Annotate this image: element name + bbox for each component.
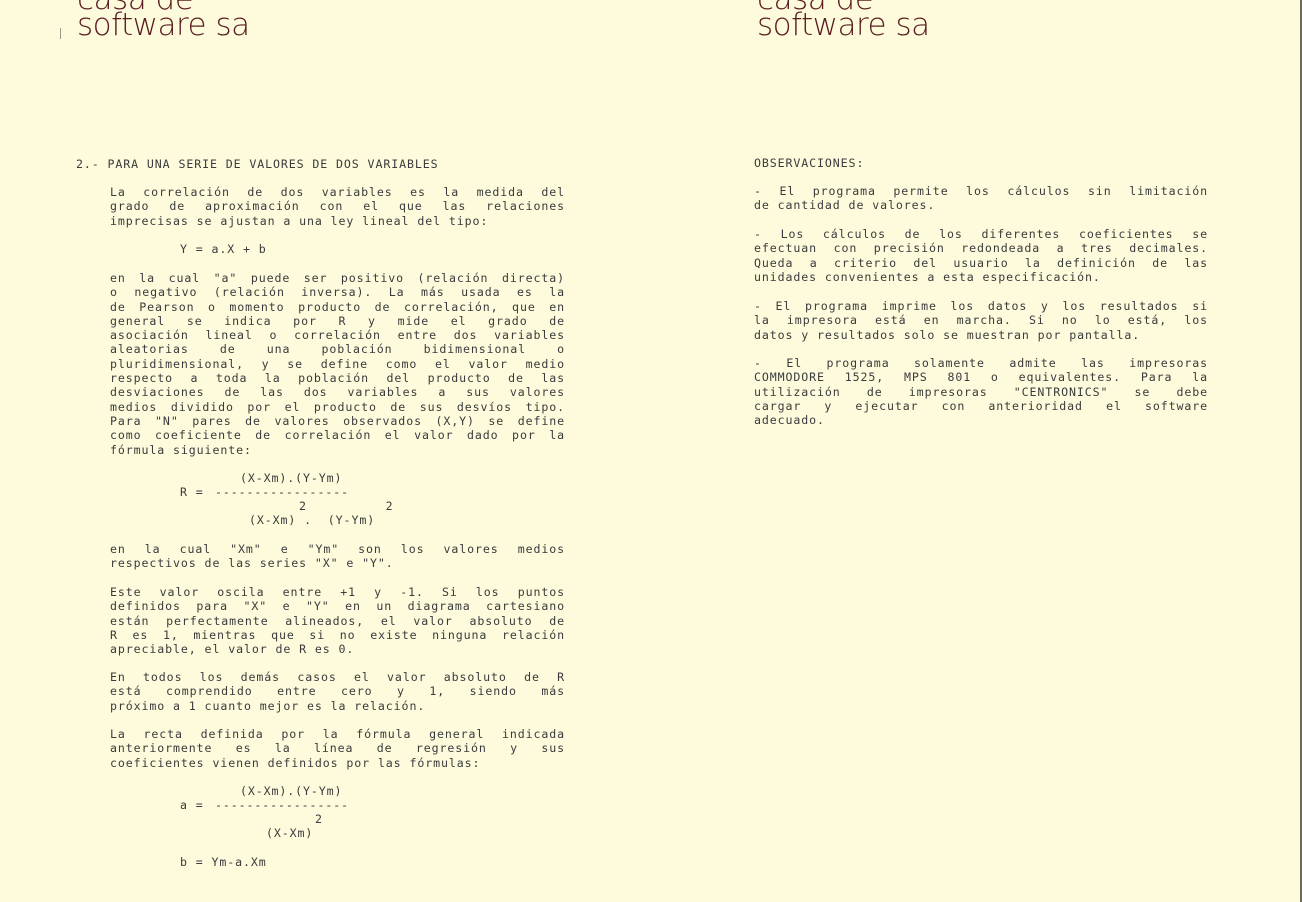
text-line: Este valor oscila entre +1 y -1. Si los … [110,585,565,599]
text-line: - El programa permite los cálculos sin l… [754,184,1208,198]
formula-r-denominator: (X-Xm) . (Y-Ym) [249,513,375,527]
intro-paragraph: La correlación de dos variables es la me… [110,185,565,228]
text-line: Para "N" pares de valores observados (X,… [110,414,565,428]
formula-r-divider: ----------------- [215,485,349,499]
observations-heading: OBSERVACIONES: [754,156,864,170]
text-line: general se indica por R y mide el grado … [110,314,565,328]
observation-note-2: - Los cálculos de los diferentes coefici… [754,227,1208,284]
text-line: de Pearson o momento producto de correla… [110,300,565,314]
text-line: en la cual "Xm" e "Ym" son los valores m… [110,542,565,556]
text-line: Queda a criterio del usuario la definici… [754,256,1208,270]
text-line: - El programa solamente admite las impre… [754,356,1208,370]
text-line: están perfectamente alineados, el valor … [110,614,565,628]
text-line: desviaciones de las dos variables a sus … [110,385,565,399]
text-line: La recta definida por la fórmula general… [110,727,565,741]
text-line: imprecisas se ajustan a una ley lineal d… [110,214,565,228]
range-paragraph: Este valor oscila entre +1 y -1. Si los … [110,585,565,656]
text-line: - El programa imprime los datos y los re… [754,299,1208,313]
formula-a-numerator: (X-Xm).(Y-Ym) [240,784,342,798]
text-line: coeficientes vienen definidos por las fó… [110,756,565,770]
formula-a-divider: ----------------- [215,798,349,812]
text-line: datos y resultados solo se muestran por … [754,328,1208,342]
text-line: respectivos de las series "X" e "Y". [110,556,565,570]
text-line: o negativo (relación inversa). La más us… [110,285,565,299]
means-paragraph: en la cual "Xm" e "Ym" son los valores m… [110,542,565,571]
formula-r-exponents: 2 2 [299,499,394,513]
text-line: cargar y ejecutar con anterioridad el so… [754,399,1208,413]
formula-b: b = Ym-a.Xm [180,855,267,869]
text-line: utilización de impresoras "CENTRONICS" s… [754,385,1208,399]
brand-line-2: software sa [77,12,250,38]
text-line: como coeficiente de correlación el valor… [110,428,565,442]
other-cases-paragraph: En todos los demás casos el valor absolu… [110,670,565,713]
text-line: medios dividido por el producto de sus d… [110,400,565,414]
section-heading: 2.- PARA UNA SERIE DE VALORES DE DOS VAR… [76,157,438,171]
formula-a-denominator: (X-Xm) [266,826,313,840]
text-line: En todos los demás casos el valor absolu… [110,670,565,684]
text-line: R es 1, mientras que si no existe ningun… [110,628,565,642]
text-line: COMMODORE 1525, MPS 801 o equivalentes. … [754,370,1208,384]
text-line: la impresora está en marcha. Si no lo es… [754,313,1208,327]
text-line: efectuan con precisión redondeada a tres… [754,241,1208,255]
formula-r-numerator: (X-Xm).(Y-Ym) [240,471,342,485]
linear-formula: Y = a.X + b [180,242,267,256]
text-line: asociación lineal o correlación entre do… [110,328,565,342]
text-line: aleatorias de una población bidimensiona… [110,342,565,356]
text-line: respecto a toda la población del product… [110,371,565,385]
observation-note-3: - El programa imprime los datos y los re… [754,299,1208,342]
text-line: pluridimensional, y se define como el va… [110,357,565,371]
text-line: - Los cálculos de los diferentes coefici… [754,227,1208,241]
brand-logo-right: casa de software sa [757,0,930,38]
text-line: anteriormente es la línea de regresión y… [110,741,565,755]
scan-mark [60,28,61,39]
text-line: adecuado. [754,413,1208,427]
text-line: definidos para "X" e "Y" en un diagrama … [110,599,565,613]
text-line: apreciable, el valor de R es 0. [110,642,565,656]
pearson-paragraph: en la cual "a" puede ser positivo (relac… [110,271,565,457]
regression-paragraph: La recta definida por la fórmula general… [110,727,565,770]
formula-r-lhs: R = [180,485,204,499]
observation-note-4: - El programa solamente admite las impre… [754,356,1208,427]
text-line: La correlación de dos variables es la me… [110,185,565,199]
brand-logo-left: casa de software sa [77,0,250,38]
formula-a-exponent: 2 [315,812,323,826]
text-line: está comprendido entre cero y 1, siendo … [110,684,565,698]
text-line: en la cual "a" puede ser positivo (relac… [110,271,565,285]
observation-note-1: - El programa permite los cálculos sin l… [754,184,1208,213]
text-line: fórmula siguiente: [110,443,565,457]
formula-a-lhs: a = [180,798,204,812]
text-line: de cantidad de valores. [754,198,1208,212]
text-line: unidades convenientes a esta especificac… [754,270,1208,284]
brand-line-2: software sa [757,12,930,38]
text-line: próximo a 1 cuanto mejor es la relación. [110,699,565,713]
text-line: grado de aproximación con el que las rel… [110,199,565,213]
